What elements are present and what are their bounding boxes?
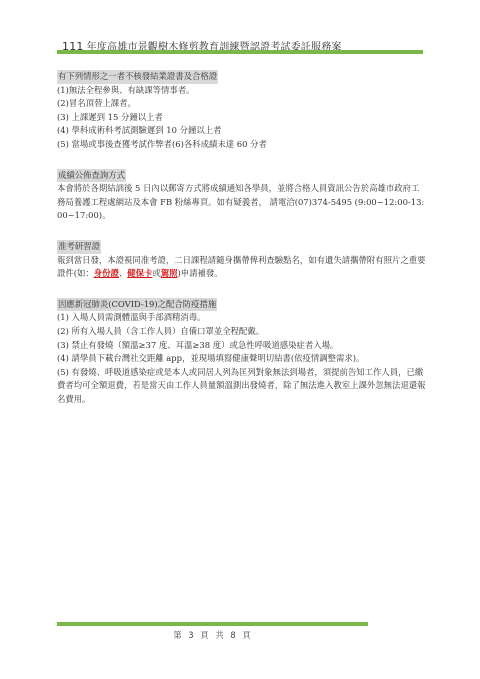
- header-divider: [57, 50, 423, 54]
- section-heading: 准考研習證: [57, 240, 101, 254]
- emphasis-health-card: 健保卡: [127, 268, 152, 278]
- paragraph: 報到當日發，本證視同准考證，二日課程請隨身攜帶俾利查驗點名，如有遺失請攜帶附有照…: [57, 254, 427, 281]
- section-heading: 成績公佈查詢方式: [57, 169, 126, 183]
- list-item: (5) 當場或事後查獲考試作弊者(6)各科成績未達 60 分者: [57, 138, 427, 152]
- list-item: (3) 上課遲到 15 分鐘以上者: [57, 111, 427, 125]
- paragraph: 本會將於各期結訓後 5 日內以郵寄方式將成績通知各學員，並將合格人員資訊公告於高…: [57, 182, 427, 223]
- section-covid-measures: 因應新冠肺炎(COVID-19)之配合防疫措施 (1) 入場人員需測體溫與手部酒…: [57, 298, 427, 407]
- section-heading: 有下列情形之一者不核發結業證書及合格證: [57, 70, 218, 84]
- list-item: (4) 學科成術科考試測驗遲到 10 分鐘以上者: [57, 124, 427, 138]
- list-item: (5) 有發燒、呼吸道感染症或是本人或同居人列為匡列對象無法到場者，須提前告知工…: [57, 366, 427, 407]
- or-word: 或: [152, 268, 160, 278]
- section-disqualification: 有下列情形之一者不核發結業證書及合格證 (1)無法全程參與、有缺課等情事者。 (…: [57, 70, 427, 152]
- emphasis-driver-license: 駕照: [161, 268, 178, 278]
- list-item: (1) 入場人員需測體溫與手部酒精消毒。: [57, 311, 427, 325]
- document-body: 有下列情形之一者不核發結業證書及合格證 (1)無法全程參與、有缺課等情事者。 (…: [57, 70, 427, 423]
- emphasis-id-card: 身份證: [94, 268, 119, 278]
- section-heading: 因應新冠肺炎(COVID-19)之配合防疫措施: [57, 298, 217, 312]
- list-item: (4) 請學員下載台灣社交距離 app，並現場填寫健康聲明切結書(依疫情調整需求…: [57, 352, 427, 366]
- list-item: (3) 禁止有發燒（額溫≥37 度、耳溫≥38 度）或急性呼吸道感染症者入場。: [57, 339, 427, 353]
- section-admission-card: 准考研習證 報到當日發，本證視同准考證，二日課程請隨身攜帶俾利查驗點名，如有遺失…: [57, 240, 427, 281]
- footer-divider: [57, 622, 368, 626]
- list-item: (2) 所有入場人員（含工作人員）自備口罩並全程配戴。: [57, 325, 427, 339]
- section-score-announcement: 成績公佈查詢方式 本會將於各期結訓後 5 日內以郵寄方式將成績通知各學員，並將合…: [57, 169, 427, 223]
- paragraph-text: )申請補發。: [178, 268, 223, 278]
- page-number: 第 3 頁 共 8 頁: [0, 629, 426, 641]
- list-item: (1)無法全程參與、有缺課等情事者。: [57, 84, 427, 98]
- list-item: (2)冒名頂替上課者。: [57, 97, 427, 111]
